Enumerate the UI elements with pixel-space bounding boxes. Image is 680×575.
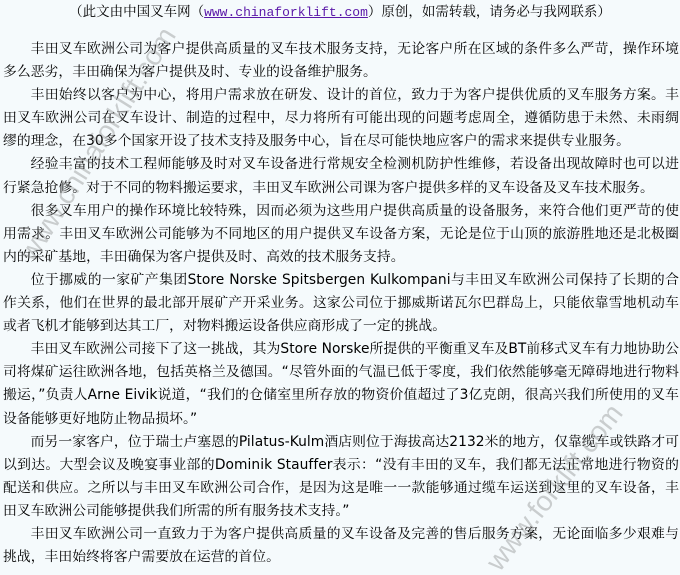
- source-link[interactable]: www.chinaforklift.com: [204, 5, 368, 20]
- notice-suffix: ）原创，如需转载，请务必与我网联系）: [368, 4, 611, 20]
- paragraph-store-norske: 位于挪威的一家矿产集团Store Norske Spitsbergen Kulk…: [3, 269, 679, 338]
- paragraph-special-environments: 很多叉车用户的操作环境比较特殊，因而必须为这些用户提供高质量的设备服务，来符合他…: [3, 200, 679, 269]
- article-body: 丰田叉车欧洲公司为客户提供高质量的叉车技术服务支持，无论客户所在区域的条件多么严…: [3, 38, 679, 569]
- copyright-notice: （此文由中国叉车网（www.chinaforklift.com）原创，如需转载，…: [0, 2, 680, 23]
- paragraph-conclusion: 丰田叉车欧洲公司一直致力于为客户提供高质量的叉车设备及完善的售后服务方案，无论面…: [3, 523, 679, 569]
- paragraph-pilatus-kulm: 而另一家客户，位于瑞士卢塞恩的Pilatus-Kulm酒店则位于海拔高达2132…: [3, 431, 679, 523]
- paragraph-challenge-accepted: 丰田叉车欧洲公司接下了这一挑战，其为Store Norske所提供的平衡重叉车及…: [3, 338, 679, 430]
- paragraph-engineers: 经验丰富的技术工程师能够及时对叉车设备进行常规安全检测机防护性维修，若设备出现故…: [3, 153, 679, 199]
- paragraph-customer-centric: 丰田始终以客户为中心，将用户需求放在研发、设计的首位，致力于为客户提供优质的叉车…: [3, 84, 679, 153]
- paragraph-service-support: 丰田叉车欧洲公司为客户提供高质量的叉车技术服务支持，无论客户所在区域的条件多么严…: [3, 38, 679, 84]
- notice-prefix: （此文由中国叉车网（: [69, 4, 204, 20]
